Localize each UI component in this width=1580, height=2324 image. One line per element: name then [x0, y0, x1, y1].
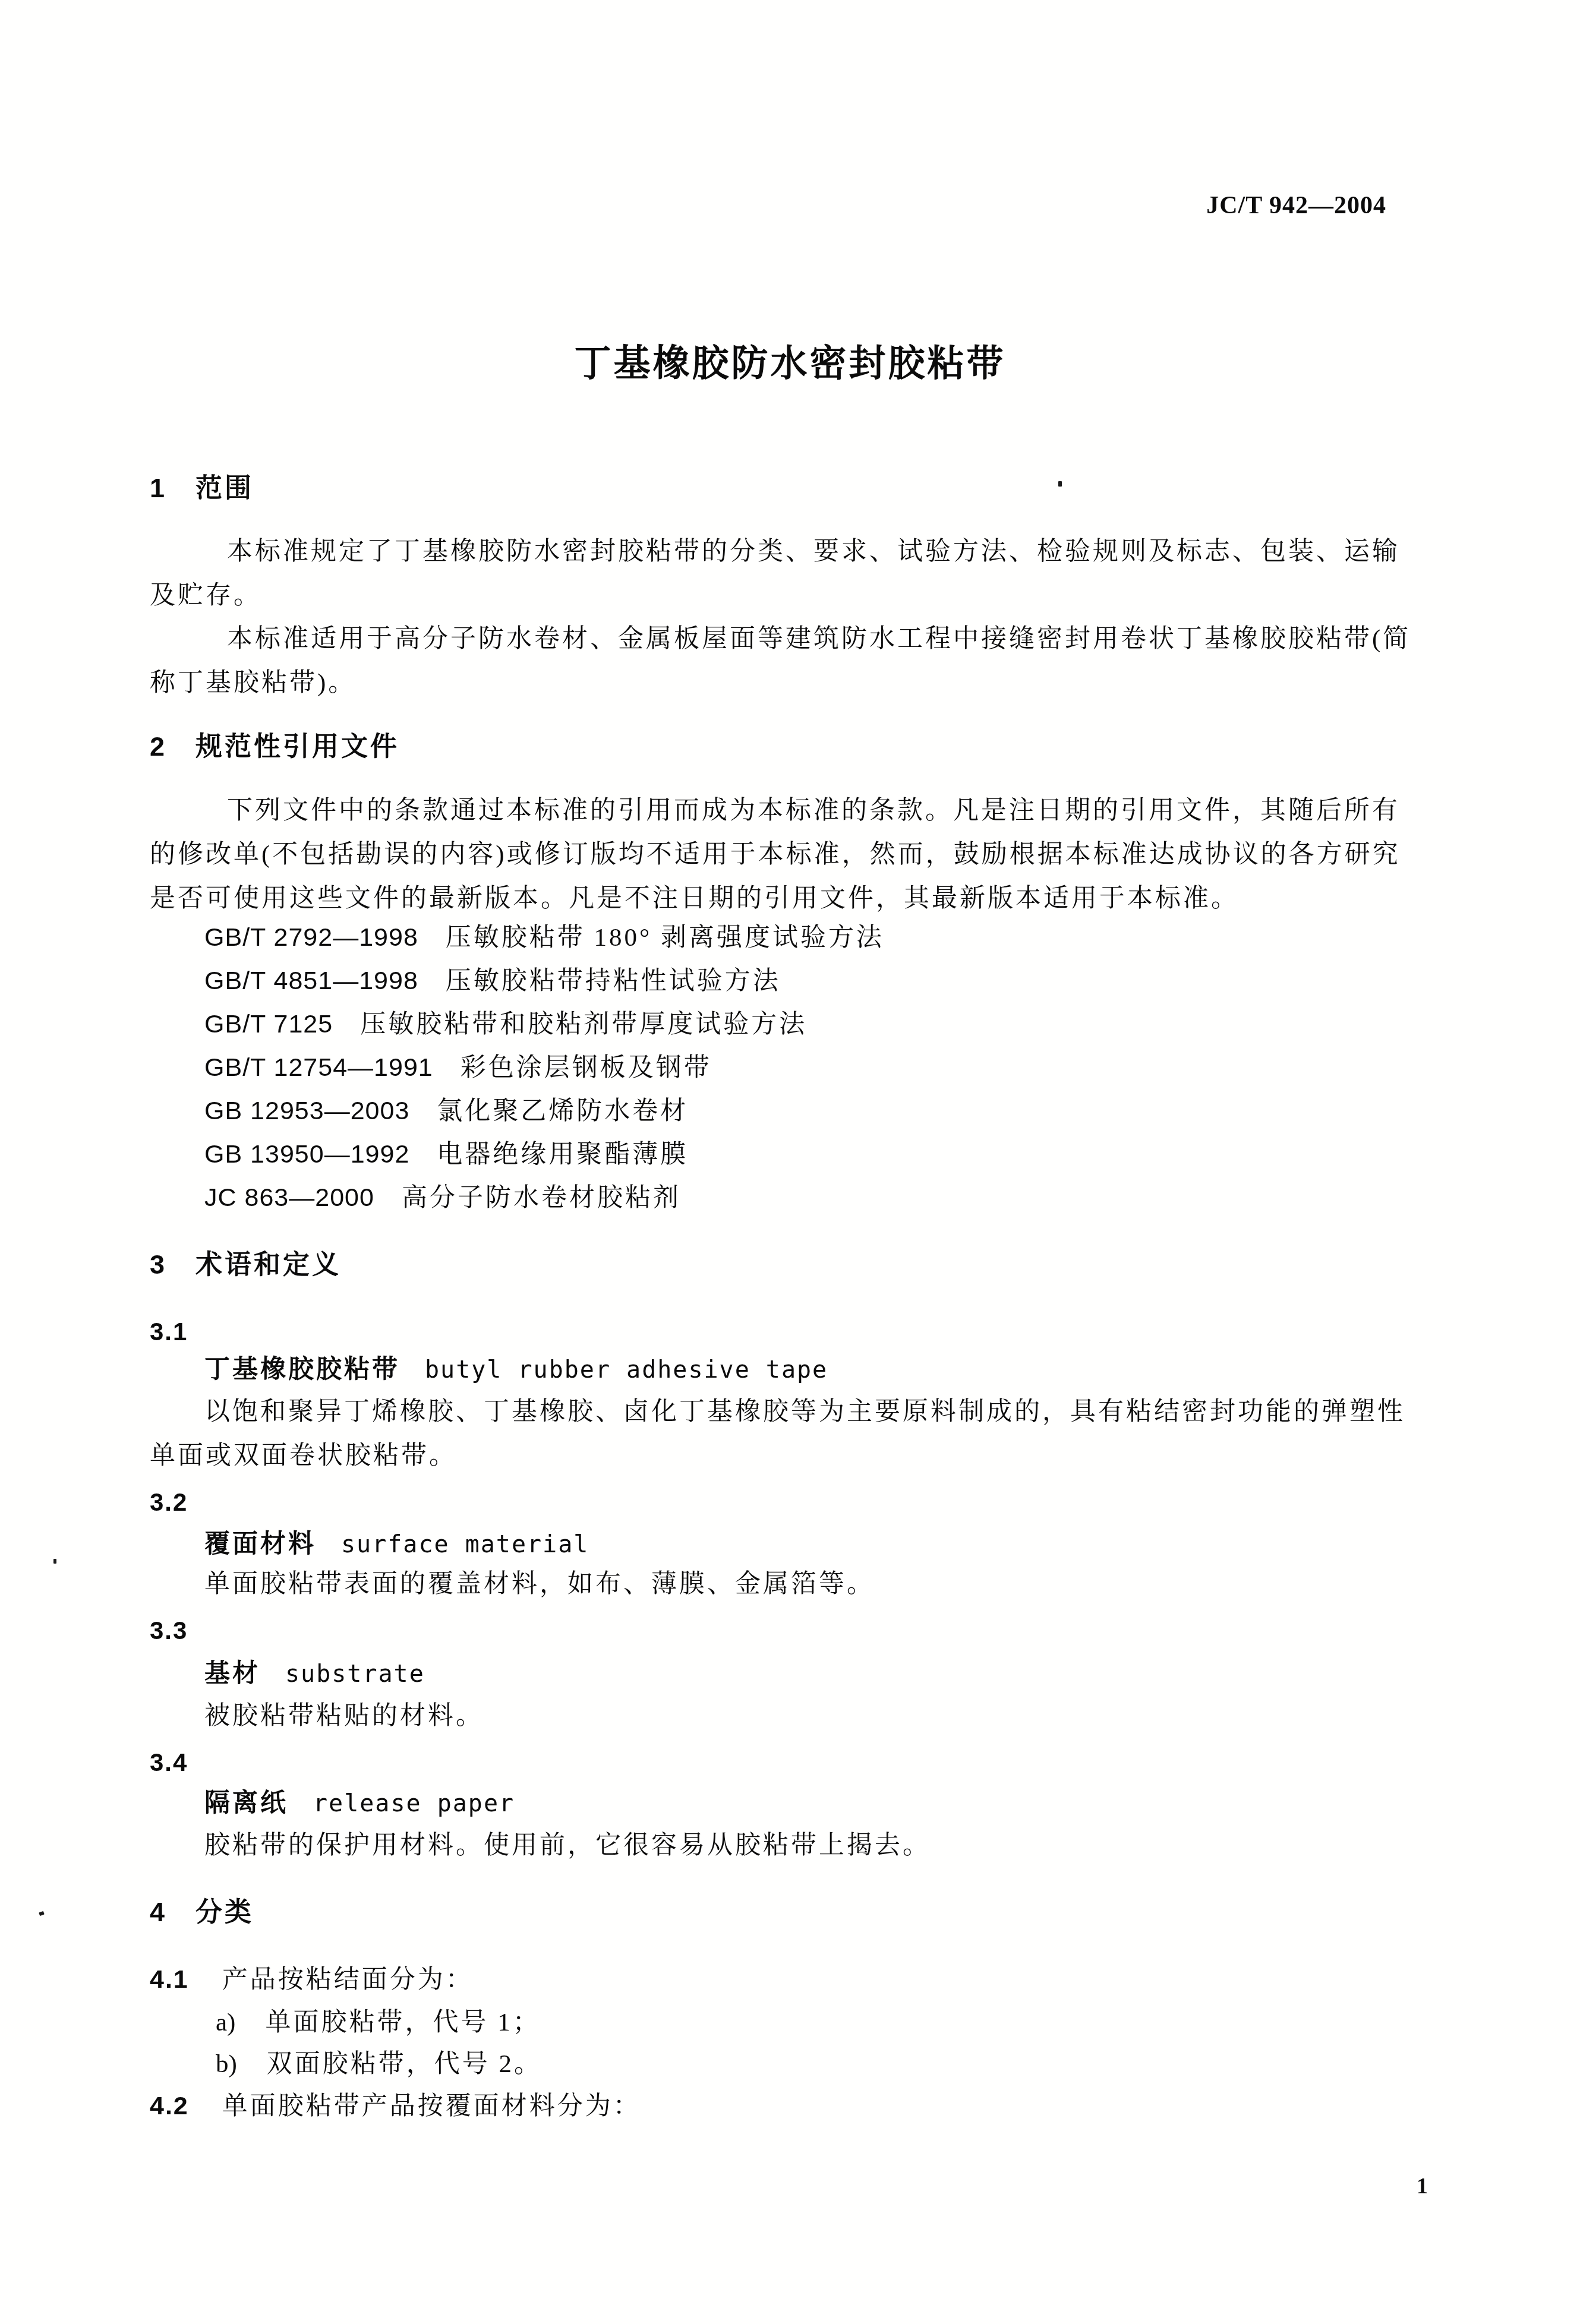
- term-number: 3.4: [150, 1741, 1427, 1785]
- clause-number: 4.2: [150, 2084, 189, 2128]
- section-number: 1: [150, 466, 165, 510]
- term-entry: 隔离纸release paper: [150, 1781, 1482, 1826]
- term-en: butyl rubber adhesive tape: [425, 1356, 828, 1384]
- reference-code: JC 863—2000: [204, 1183, 374, 1212]
- scan-speck: [53, 1559, 56, 1564]
- term-zh: 覆面材料: [204, 1530, 316, 1558]
- term-definition: 单面胶粘带表面的覆盖材料，如布、薄膜、金属箔等。: [150, 1562, 1482, 1606]
- term-entry: 基材substrate: [150, 1652, 1482, 1696]
- doc-number: JC/T 942—2004: [1206, 191, 1386, 220]
- reference-code: GB/T 12754—1991: [204, 1053, 433, 1082]
- reference-item: GB/T 7125压敏胶粘带和胶粘剂带厚度试验方法: [204, 1003, 1482, 1046]
- section-heading-terms: 3术语和定义: [150, 1243, 1427, 1287]
- scan-speck: [1058, 481, 1062, 487]
- section-heading-classification: 4分类: [150, 1890, 1427, 1934]
- reference-item: JC 863—2000高分子防水卷材胶粘剂: [204, 1176, 1482, 1220]
- reference-item: GB 12953—2003氯化聚乙烯防水卷材: [204, 1090, 1482, 1133]
- term-en: release paper: [313, 1790, 515, 1817]
- reference-title: 氯化聚乙烯防水卷材: [437, 1097, 688, 1125]
- reference-title: 压敏胶粘带和胶粘剂带厚度试验方法: [360, 1011, 807, 1038]
- reference-item: GB 13950—1992电器绝缘用聚酯薄膜: [204, 1133, 1482, 1176]
- clause-4-1-item-a: a)单面胶粘带，代号 1；: [150, 2001, 1493, 2045]
- scope-paragraph-1: 本标准规定了丁基橡胶防水密封胶粘带的分类、要求、试验方法、检验规则及标志、包装、…: [150, 530, 1427, 618]
- section-title: 术语和定义: [195, 1249, 341, 1280]
- reference-title: 压敏胶粘带 180° 剥离强度试验方法: [446, 924, 884, 952]
- term-en: surface material: [341, 1531, 589, 1558]
- term-zh: 丁基橡胶胶粘带: [204, 1355, 400, 1384]
- section-number: 2: [150, 725, 165, 769]
- references-intro: 下列文件中的条款通过本标准的引用而成为本标准的条款。凡是注日期的引用文件，其随后…: [150, 789, 1427, 921]
- reference-title: 压敏胶粘带持粘性试验方法: [446, 967, 781, 995]
- reference-list: GB/T 2792—1998压敏胶粘带 180° 剥离强度试验方法 GB/T 4…: [150, 916, 1482, 1220]
- section-number: 3: [150, 1243, 165, 1287]
- reference-code: GB/T 4851—1998: [204, 967, 418, 995]
- reference-code: GB 12953—2003: [204, 1097, 409, 1125]
- reference-item: GB/T 4851—1998压敏胶粘带持粘性试验方法: [204, 959, 1482, 1003]
- item-text: 单面胶粘带，代号 1；: [265, 2009, 540, 2036]
- item-label: a): [216, 2001, 235, 2045]
- term-number: 3.2: [150, 1480, 1427, 1524]
- clause-text: 产品按粘结面分为：: [222, 1966, 474, 1994]
- reference-title: 电器绝缘用聚酯薄膜: [437, 1141, 688, 1169]
- page-title: 丁基橡胶防水密封胶粘带: [0, 334, 1580, 387]
- section-heading-scope: 1范围: [150, 466, 1427, 510]
- scope-paragraph-2: 本标准适用于高分子防水卷材、金属板屋面等建筑防水工程中接缝密封用卷状丁基橡胶胶粘…: [150, 617, 1427, 705]
- term-entry: 覆面材料surface material: [150, 1522, 1482, 1567]
- term-number: 3.3: [150, 1609, 1427, 1653]
- section-number: 4: [150, 1890, 165, 1934]
- section-heading-references: 2规范性引用文件: [150, 725, 1427, 769]
- clause-number: 4.1: [150, 1957, 189, 2001]
- term-entry: 丁基橡胶胶粘带butyl rubber adhesive tape: [150, 1347, 1482, 1392]
- reference-title: 高分子防水卷材胶粘剂: [402, 1184, 681, 1212]
- clause-4-2: 4.2单面胶粘带产品按覆面材料分为：: [150, 2084, 1427, 2129]
- term-en: substrate: [285, 1660, 425, 1688]
- scan-speck: [39, 1911, 45, 1916]
- term-definition: 以饱和聚异丁烯橡胶、丁基橡胶、卤化丁基橡胶等为主要原料制成的，具有粘结密封功能的…: [150, 1390, 1427, 1478]
- term-zh: 隔离纸: [204, 1789, 288, 1817]
- section-title: 范围: [195, 473, 254, 503]
- document-page: JC/T 942—2004 丁基橡胶防水密封胶粘带 1范围 本标准规定了丁基橡胶…: [0, 0, 1580, 2324]
- reference-title: 彩色涂层钢板及钢带: [461, 1054, 712, 1082]
- item-text: 双面胶粘带，代号 2。: [267, 2050, 542, 2078]
- reference-item: GB/T 2792—1998压敏胶粘带 180° 剥离强度试验方法: [204, 916, 1482, 959]
- page-number: 1: [1417, 2173, 1428, 2199]
- term-definition: 被胶粘带粘贴的材料。: [150, 1694, 1482, 1738]
- reference-item: GB/T 12754—1991彩色涂层钢板及钢带: [204, 1046, 1482, 1090]
- item-label: b): [216, 2042, 237, 2086]
- section-title: 规范性引用文件: [195, 731, 399, 762]
- clause-text: 单面胶粘带产品按覆面材料分为：: [222, 2092, 641, 2120]
- reference-code: GB 13950—1992: [204, 1140, 409, 1169]
- term-definition: 胶粘带的保护用材料。使用前，它很容易从胶粘带上揭去。: [150, 1824, 1482, 1868]
- reference-code: GB/T 2792—1998: [204, 923, 418, 952]
- section-title: 分类: [195, 1897, 254, 1927]
- reference-code: GB/T 7125: [204, 1010, 333, 1038]
- clause-4-1: 4.1产品按粘结面分为：: [150, 1957, 1427, 2002]
- term-zh: 基材: [204, 1659, 260, 1688]
- clause-4-1-item-b: b)双面胶粘带，代号 2。: [150, 2042, 1493, 2086]
